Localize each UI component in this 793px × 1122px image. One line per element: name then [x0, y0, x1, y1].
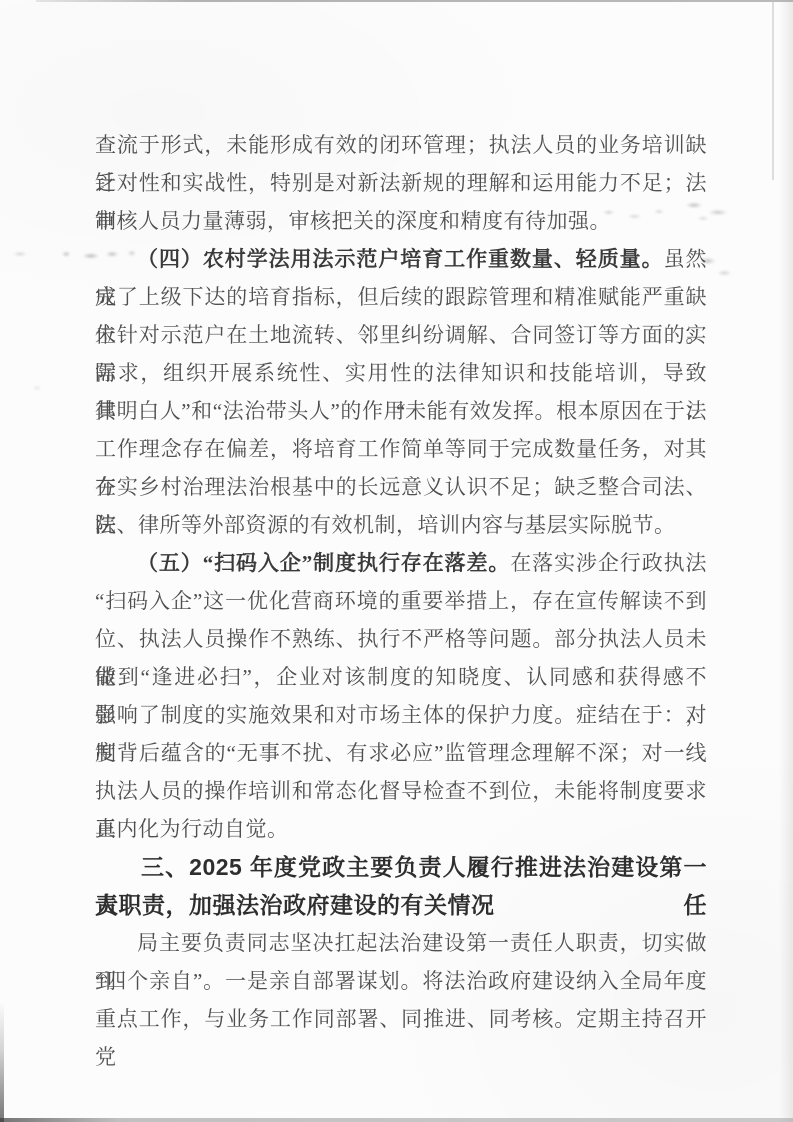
- body-text: “四个亲自”。一是亲自部署谋划。将法治政府建设纳入全局年度: [95, 969, 707, 993]
- scan-edge-right-shade: [779, 0, 793, 1122]
- text-line: 查流于形式，未能形成有效的闭环管理；执法人员的业务培训缺乏: [95, 126, 707, 164]
- scan-edge-top: [36, 0, 793, 2]
- text-line: 位、执法人员操作不熟练、执行不严格等问题。部分执法人员未能: [95, 620, 707, 658]
- text-line: “扫码入企”这一优化营商环境的重要举措上，存在宣传解读不到: [95, 582, 707, 620]
- text-line: 做到“逢进必扫”，企业对该制度的知晓度、认同感和获得感不强，: [95, 658, 707, 696]
- body-text: 度背后蕴含的“无事不扰、有求必应”监管理念理解不深；对一线: [95, 741, 707, 765]
- body-text: 人职责，加强法治政府建设的有关情况: [95, 892, 495, 918]
- body-text: 律明白人”和“法治带头人”的作用未能有效发挥。根本原因在于：: [95, 399, 707, 423]
- section-heading-text: （五）“扫码入企”制度执行存在落差。: [137, 551, 510, 575]
- text-line: 正内化为行动自觉。: [95, 810, 707, 848]
- text-line: 重点工作，与业务工作同部署、同推进、同考核。定期主持召开党: [95, 1000, 707, 1038]
- text-line: （五）“扫码入企”制度执行存在落差。在落实涉企行政执法: [95, 544, 707, 582]
- text-line: 成了上级下达的培育指标，但后续的跟踪管理和精准赋能严重缺位。: [95, 278, 707, 316]
- body-text: 院、律所等外部资源的有效机制，培训内容与基层实际脱节。: [95, 513, 676, 537]
- text-line: 需求，组织开展系统性、实用性的法律知识和技能培训，导致其“法: [95, 354, 707, 392]
- text-line: 律明白人”和“法治带头人”的作用未能有效发挥。根本原因在于：: [95, 392, 707, 430]
- text-line: 院、律所等外部资源的有效机制，培训内容与基层实际脱节。: [95, 506, 707, 544]
- text-line: 针对性和实战性，特别是对新法新规的理解和运用能力不足；法制: [95, 164, 707, 202]
- scan-edge-left-bottom: [0, 1002, 4, 1122]
- text-line: （四）农村学法用法示范户培育工作重数量、轻质量。虽然完: [95, 240, 707, 278]
- scan-edge-bottom: [0, 1118, 793, 1122]
- body-text: 审核人员力量薄弱，审核把关的深度和精度有待加强。: [95, 209, 611, 233]
- scan-streak-line: [772, 0, 774, 180]
- body-text: “扫码入企”这一优化营商环境的重要举措上，存在宣传解读不到: [95, 589, 707, 613]
- text-line: 未针对示范户在土地流转、邻里纠纷调解、合同签订等方面的实际: [95, 316, 707, 354]
- text-line: “四个亲自”。一是亲自部署谋划。将法治政府建设纳入全局年度: [95, 962, 707, 1000]
- body-text: 正内化为行动自觉。: [95, 817, 289, 841]
- text-line: 工作理念存在偏差，将培育工作简单等同于完成数量任务，对其在: [95, 430, 707, 468]
- body-text: 在落实涉企行政执法: [510, 551, 707, 575]
- document-text: 查流于形式，未能形成有效的闭环管理；执法人员的业务培训缺乏针对性和实战性，特别是…: [95, 126, 707, 1038]
- text-line: 度背后蕴含的“无事不扰、有求必应”监管理念理解不深；对一线: [95, 734, 707, 772]
- text-line: 局主要负责同志坚决扛起法治建设第一责任人职责，切实做到: [95, 924, 707, 962]
- section-heading-text: （四）农村学法用法示范户培育工作重数量、轻质量。: [137, 247, 664, 271]
- heading-line: 三、2025 年度党政主要负责人履行推进法治建设第一责任: [95, 848, 707, 886]
- text-line: 审核人员力量薄弱，审核把关的深度和精度有待加强。: [95, 202, 707, 240]
- text-line: 影响了制度的实施效果和对市场主体的保护力度。症结在于：对制: [95, 696, 707, 734]
- text-line: 执法人员的操作培训和常态化督导检查不到位，未能将制度要求真: [95, 772, 707, 810]
- text-line: 夯实乡村治理法治根基中的长远意义认识不足；缺乏整合司法、法: [95, 468, 707, 506]
